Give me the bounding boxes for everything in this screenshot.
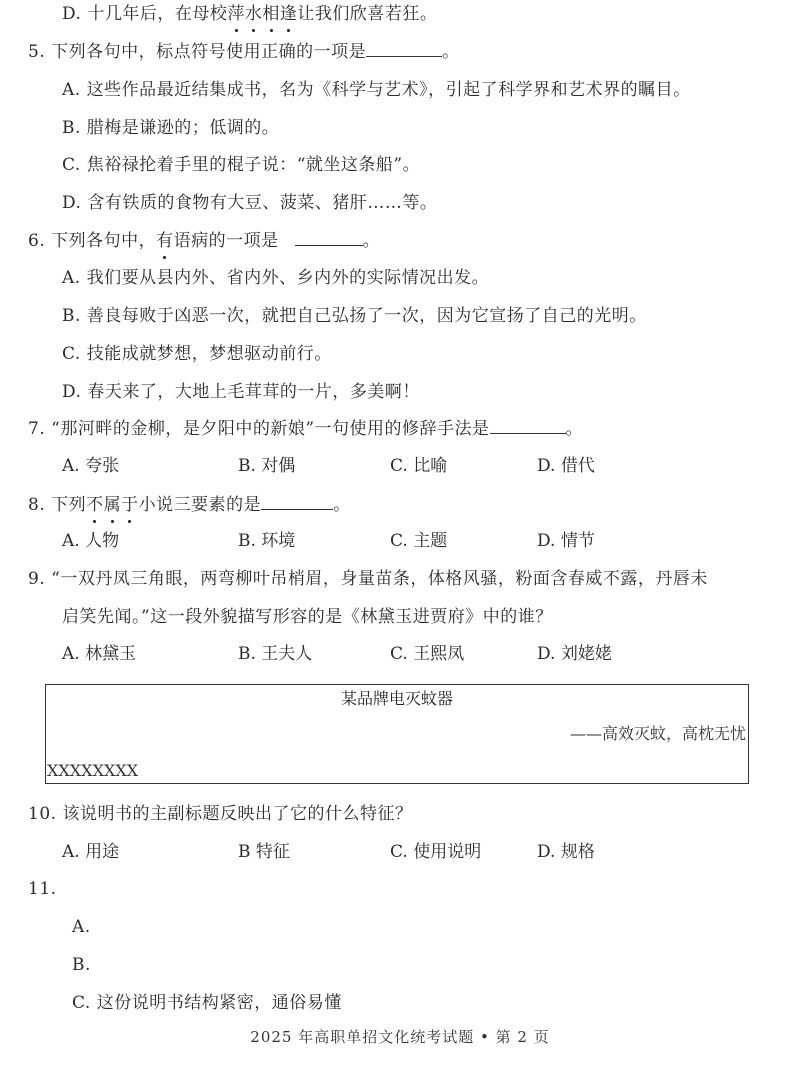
q9-option-b: B. 王夫人 (238, 643, 312, 665)
page-footer: 2025 年高职单招文化统考试题 • 第 2 页 (0, 1027, 800, 1047)
answer-blank[interactable] (261, 495, 333, 510)
emphasis-char: 水 (245, 3, 263, 25)
q8-stem-end: 。 (333, 495, 351, 515)
emphasis-char: 属 (104, 494, 122, 516)
q11-option-b: B. (72, 954, 91, 976)
q8-option-d: D. 情节 (537, 530, 595, 552)
q8-option-c: C. 主题 (390, 530, 447, 552)
q7-options: A. 夸张 B. 对偶 C. 比喻 D. 借代 (0, 455, 800, 477)
q8-stem-text: 8. 下列 (28, 495, 86, 515)
q8-options: A. 人物 B. 环境 C. 主题 D. 情节 (0, 530, 800, 552)
manual-excerpt-box: 某品牌电灭蚊器 ——高效灭蚊，高枕无忧 XXXXXXXX (45, 684, 749, 784)
emphasis-char: 有 (156, 230, 174, 252)
q5-option-c: C. 焦裕禄抡着手里的棍子说：“就坐这条船”。 (62, 154, 420, 176)
q7-stem-end: 。 (566, 419, 584, 439)
q8-stem-text: 小说三要素的是 (139, 495, 262, 515)
q9-options: A. 林黛玉 B. 王夫人 C. 王熙凤 D. 刘姥姥 (0, 643, 800, 665)
q6-stem-text: 6. 下列各句中， (28, 231, 156, 251)
manual-title: 某品牌电灭蚊器 (46, 688, 748, 710)
q9-stem-line1: 9. “一双丹凤三角眼，两弯柳叶吊梢眉，身量苗条，体格风骚，粉面含春威不露，丹唇… (28, 568, 708, 590)
q11-stem: 11. (28, 878, 57, 900)
q4-option-d: D. 十几年后，在母校萍水相逢让我们欣喜若狂。 (62, 3, 437, 25)
q7-stem-text: 7. “那河畔的金柳，是夕阳中的新娘”一句使用的修辞手法是 (28, 419, 490, 439)
q9-option-a: A. 林黛玉 (62, 643, 136, 665)
q5-option-b: B. 腊梅是谦逊的；低调的。 (62, 117, 279, 139)
q6-option-c: C. 技能成就梦想，梦想驱动前行。 (62, 343, 332, 365)
q6-option-a: A. 我们要从县内外、省内外、乡内外的实际情况出发。 (62, 267, 489, 289)
q7-option-b: B. 对偶 (238, 455, 295, 477)
answer-blank[interactable] (490, 419, 566, 434)
q6-stem-text: 语病的一项是 (174, 231, 279, 251)
manual-subtitle: ——高效灭蚊，高枕无忧 (570, 723, 746, 745)
q10-options: A. 用途 B 特征 C. 使用说明 D. 规格 (0, 841, 800, 863)
q8-option-b: B. 环境 (238, 530, 295, 552)
q8-stem: 8. 下列不属于小说三要素的是。 (28, 494, 351, 516)
emphasis-char: 于 (121, 494, 139, 516)
emphasis-char: 逢 (280, 3, 298, 25)
q6-option-d: D. 春天来了，大地上毛茸茸的一片，多美啊！ (62, 381, 420, 403)
q5-stem-text: 5. 下列各句中，标点符号使用正确的一项是 (28, 42, 366, 62)
q11-option-a: A. (72, 916, 91, 938)
answer-blank[interactable] (295, 231, 363, 246)
q6-stem-end: 。 (363, 231, 381, 251)
q10-option-c: C. 使用说明 (390, 841, 481, 863)
q9-option-d: D. 刘姥姥 (537, 643, 612, 665)
emphasis-char: 不 (86, 494, 104, 516)
q8-option-a: A. 人物 (62, 530, 119, 552)
q5-option-a: A. 这些作品最近结集成书，名为《科学与艺术》，引起了科学界和艺术界的瞩目。 (62, 79, 691, 101)
q7-stem: 7. “那河畔的金柳，是夕阳中的新娘”一句使用的修辞手法是。 (28, 418, 583, 440)
answer-blank[interactable] (366, 42, 442, 57)
q5-stem-end: 。 (442, 42, 460, 62)
emphasis-char: 萍 (227, 3, 245, 25)
q10-option-b: B 特征 (238, 841, 290, 863)
q7-option-c: C. 比喻 (390, 455, 447, 477)
q11-option-c: C. 这份说明书结构紧密，通俗易懂 (72, 992, 342, 1014)
q9-option-c: C. 王熙凤 (390, 643, 464, 665)
q10-option-d: D. 规格 (537, 841, 595, 863)
emphasis-char: 相 (262, 3, 280, 25)
q4-option-d-text: D. 十几年后，在母校 (62, 4, 227, 24)
q10-option-a: A. 用途 (62, 841, 119, 863)
q7-option-d: D. 借代 (537, 455, 595, 477)
q10-stem: 10. 该说明书的主副标题反映出了它的什么特征？ (28, 803, 412, 825)
q6-stem: 6. 下列各句中，有语病的一项是。 (28, 230, 380, 252)
manual-placeholder-text: XXXXXXXX (47, 761, 138, 781)
q4-option-d-text: 让我们欣喜若狂。 (297, 4, 437, 24)
q7-option-a: A. 夸张 (62, 455, 119, 477)
q5-stem: 5. 下列各句中，标点符号使用正确的一项是。 (28, 41, 460, 63)
q6-option-b: B. 善良每败于凶恶一次，就把自己弘扬了一次，因为它宣扬了自己的光明。 (62, 305, 647, 327)
q5-option-d: D. 含有铁质的食物有大豆、菠菜、猪肝……等。 (62, 192, 437, 214)
q9-stem-line2: 启笑先闻。”这一段外貌描写形容的是《林黛玉进贾府》中的谁？ (62, 606, 553, 628)
